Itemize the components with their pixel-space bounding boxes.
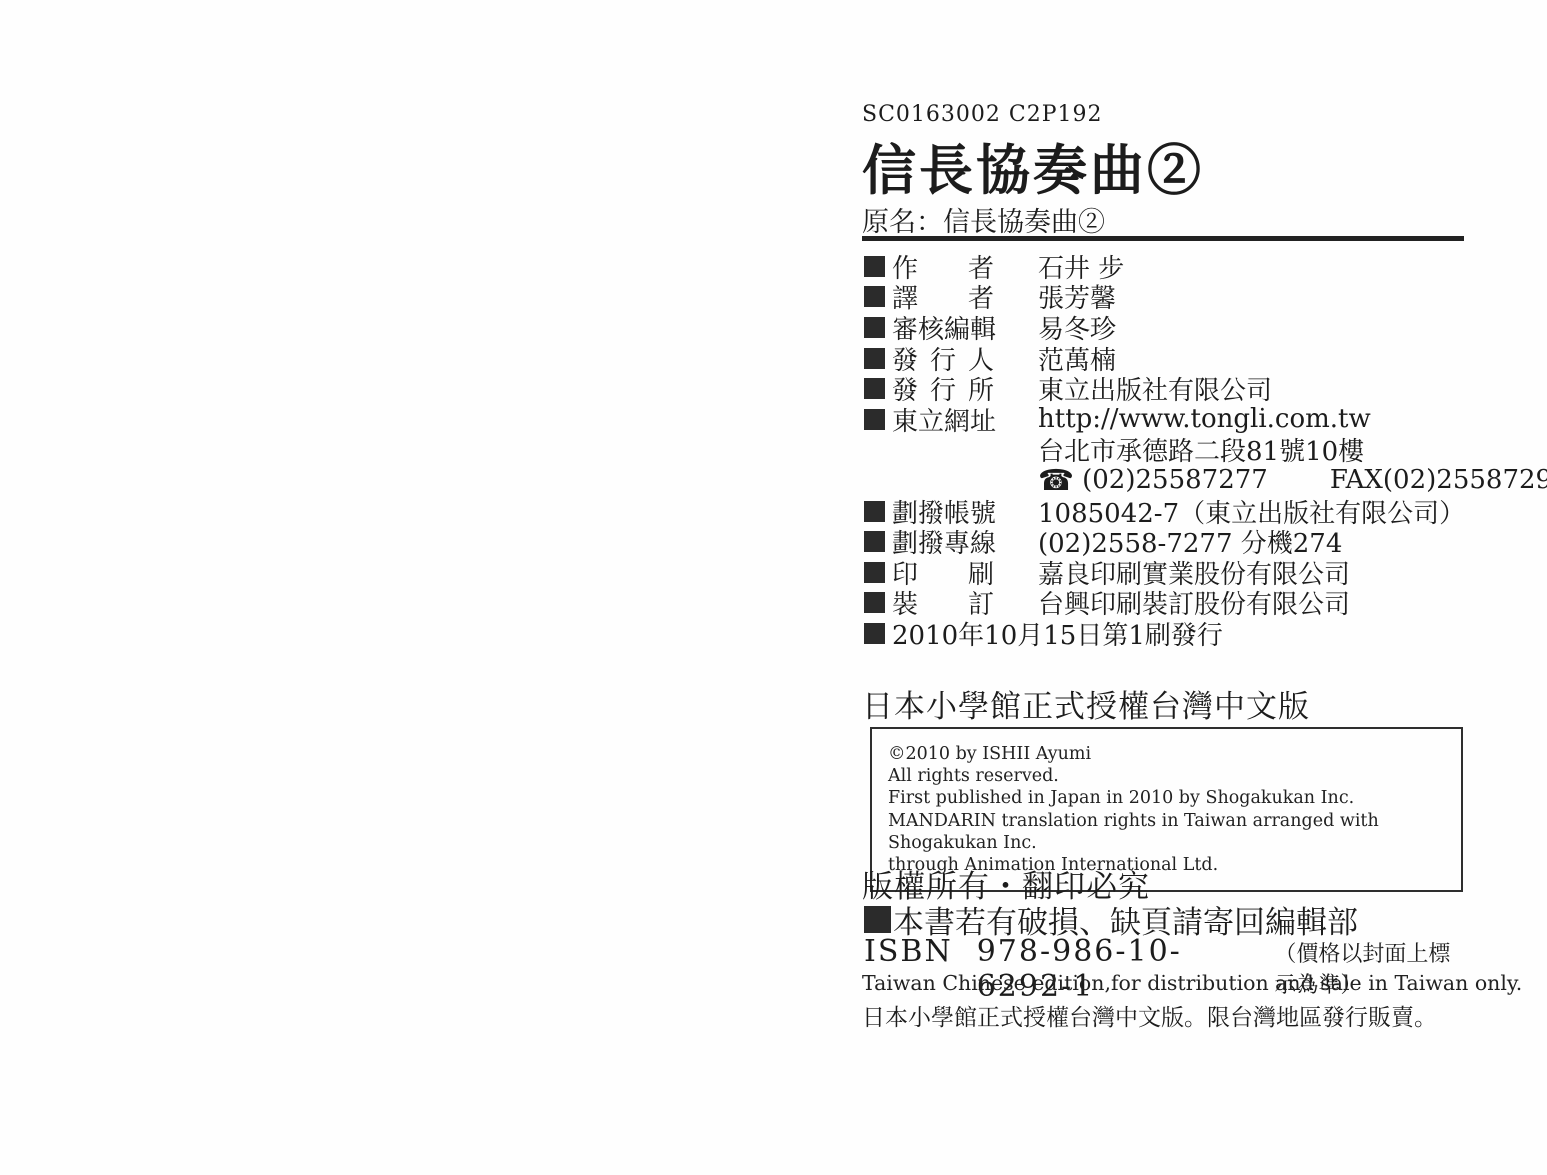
credit-label: 東立網址 — [892, 401, 994, 438]
credit-row-author: 作者 石井 步 — [864, 251, 1470, 282]
bullet-square-icon — [864, 562, 885, 583]
fax-number: FAX(02)25587296 — [1330, 465, 1547, 495]
bullet-square-icon — [864, 348, 885, 369]
credit-row-postal-account: 劃撥帳號 1085042-7（東立出版社有限公司） — [864, 496, 1470, 527]
isbn-label: ISBN — [864, 934, 953, 969]
bullet-square-icon — [864, 531, 885, 552]
copyright-line: MANDARIN translation rights in Taiwan ar… — [888, 810, 1447, 854]
credit-row-website: 東立網址 http://www.tongli.com.tw — [864, 404, 1470, 435]
credit-row-postal-line: 劃撥專線 (02)2558-7277 分機274 — [864, 526, 1470, 557]
bullet-square-icon — [864, 256, 885, 277]
book-title: 信長協奏曲② — [862, 128, 1204, 205]
credit-row-address: 台北市承德路二段81號10樓 — [864, 435, 1470, 466]
credit-row-publisher-company: 發行所 東立出版社有限公司 — [864, 373, 1470, 404]
bullet-square-icon — [864, 286, 885, 307]
bullet-square-icon — [864, 409, 885, 430]
credit-row-printer: 印刷 嘉良印刷實業股份有限公司 — [864, 557, 1470, 588]
copyright-line: All rights reserved. — [888, 765, 1447, 787]
product-code: SC0163002 C2P192 — [862, 102, 1103, 127]
license-heading: 日本小學館正式授權台灣中文版 — [862, 681, 1310, 726]
copyright-line: ©2010 by ISHII Ayumi — [888, 743, 1447, 765]
website-url: http://www.tongli.com.tw — [1038, 404, 1371, 434]
bullet-square-icon — [864, 623, 885, 644]
credit-row-binder: 裝訂 台興印刷裝訂股份有限公司 — [864, 588, 1470, 619]
print-date: 2010年10月15日第1刷發行 — [892, 615, 1223, 652]
distribution-notice-zh: 日本小學館正式授權台灣中文版。限台灣地區發行販賣。 — [862, 999, 1437, 1032]
credit-row-publisher-person: 發行人 范萬楠 — [864, 343, 1470, 374]
credit-row-translator: 譯者 張芳馨 — [864, 282, 1470, 313]
bullet-square-icon — [864, 592, 885, 613]
credit-row-print-date: 2010年10月15日第1刷發行 — [864, 618, 1470, 649]
bullet-square-icon — [864, 501, 885, 522]
credits-list: 作者 石井 步 譯者 張芳馨 審核編輯 易冬珍 發行人 范萬楠 發行所 東立出版… — [864, 251, 1470, 649]
distribution-notice-en: Taiwan Chinese edition,for distribution … — [862, 971, 1522, 995]
credit-row-phone: ☎ (02)25587277 FAX(02)25587296 — [864, 465, 1470, 496]
copyright-line: First published in Japan in 2010 by Shog… — [888, 787, 1447, 809]
credit-value: 東立出版社有限公司 — [1038, 370, 1272, 407]
credit-row-editor: 審核編輯 易冬珍 — [864, 312, 1470, 343]
divider-rule — [862, 236, 1464, 241]
bullet-square-icon — [864, 378, 885, 399]
original-title: 原名：信長協奏曲② — [862, 200, 1105, 239]
colophon-page: { "page": { "product_code": "SC0163002 C… — [0, 0, 1547, 1175]
bullet-square-icon — [864, 906, 891, 933]
bullet-square-icon — [864, 317, 885, 338]
publisher-address: 台北市承德路二段81號10樓 — [1038, 431, 1364, 468]
phone-number: (02)25587277 — [1082, 465, 1268, 495]
